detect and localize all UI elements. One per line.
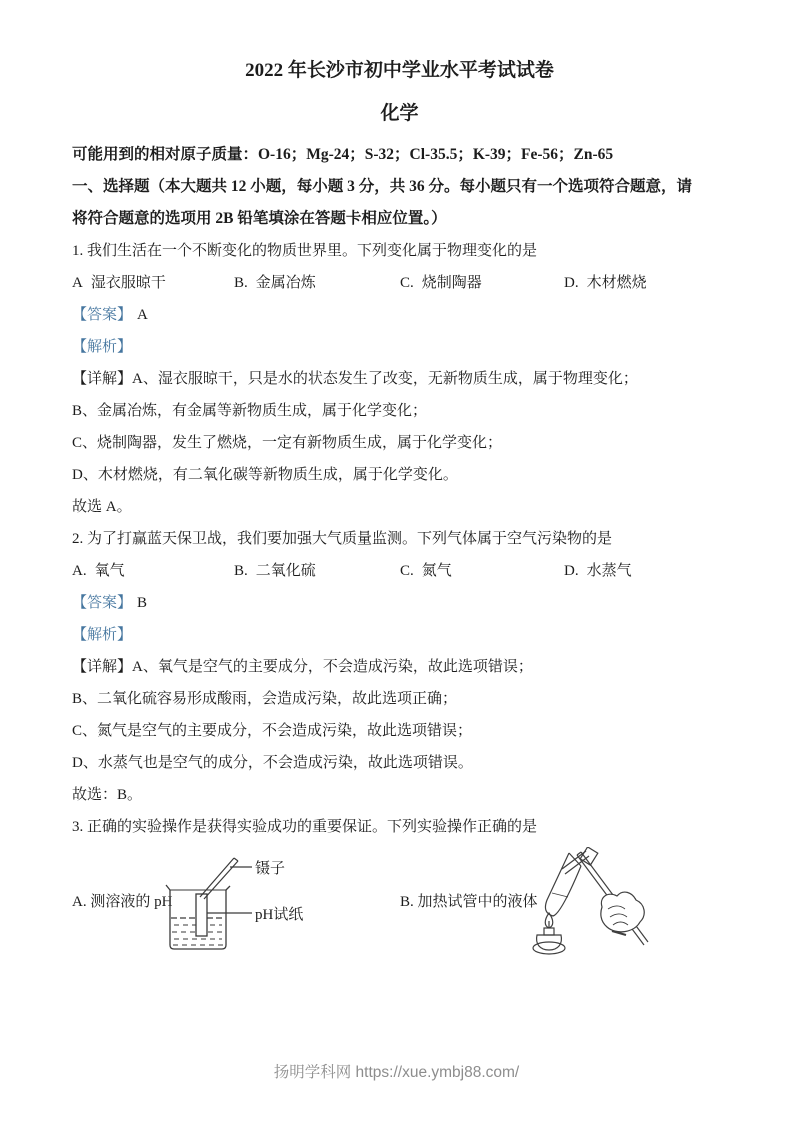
q2-detail-line-1: B、二氧化硫容易形成酸雨，会造成污染，故此选项正确； <box>72 683 727 715</box>
q2-option-a: A.氧气 <box>72 555 125 587</box>
exam-paper-page: 2022 年长沙市初中学业水平考试试卷 化学 可能用到的相对原子质量：O-16；… <box>0 0 793 1122</box>
q2-option-d: D.水蒸气 <box>564 555 632 587</box>
q1-answer-line: 【答案】A <box>72 299 727 331</box>
q3-option-b-label: B. 加热试管中的液体 <box>400 891 538 913</box>
q2-option-c: C.氮气 <box>400 555 452 587</box>
tweezers-callout: 镊子 <box>255 859 285 877</box>
analysis-tag: 【解析】 <box>72 339 132 355</box>
paper-title: 2022 年长沙市初中学业水平考试试卷 <box>72 58 727 84</box>
question-1-stem: 1. 我们生活在一个不断变化的物质世界里。下列变化属于物理变化的是 <box>72 235 727 267</box>
question-3-figures: A. 测溶液的 pH <box>72 847 727 969</box>
q2-detail-line-3: D、水蒸气也是空气的成分，不会造成污染，故此选项错误。 <box>72 747 727 779</box>
heating-test-tube-figure <box>528 847 708 965</box>
section-header-line2: 将符合题意的选项用 2B 铅笔填涂在答题卡相应位置。） <box>72 203 727 235</box>
q2-detail-line-0: 【详解】A、氧气是空气的主要成分，不会造成污染，故此选项错误； <box>72 651 727 683</box>
q1-conclusion: 故选 A。 <box>72 491 727 523</box>
q2-analysis-line: 【解析】 <box>72 619 727 651</box>
q2-answer-value: B <box>137 595 147 611</box>
q1-detail-line-1: B、金属冶炼，有金属等新物质生成，属于化学变化； <box>72 395 727 427</box>
q2-option-b: B.二氧化硫 <box>234 555 316 587</box>
q1-option-d: D.木材燃烧 <box>564 267 647 299</box>
section-header-line1: 一、选择题（本大题共 12 小题，每小题 3 分，共 36 分。每小题只有一个选… <box>72 171 727 203</box>
ph-measurement-figure: 镊子 pH试纸 <box>160 849 380 961</box>
q1-detail-line-0: 【详解】A、湿衣服晾干，只是水的状态发生了改变，无新物质生成，属于物理变化； <box>72 363 727 395</box>
ph-paper-callout: pH试纸 <box>255 906 303 923</box>
question-2-stem: 2. 为了打赢蓝天保卫战，我们要加强大气质量监测。下列气体属于空气污染物的是 <box>72 523 727 555</box>
question-2-options: A.氧气 B.二氧化硫 C.氮气 D.水蒸气 <box>72 555 727 587</box>
q2-answer-line: 【答案】B <box>72 587 727 619</box>
q1-answer-value: A <box>137 307 148 323</box>
q1-detail-line-3: D、木材燃烧，有二氧化碳等新物质生成，属于化学变化。 <box>72 459 727 491</box>
site-watermark: 扬明学科网 https://xue.ymbj88.com/ <box>0 1063 793 1083</box>
q1-option-a: A湿衣服晾干 <box>72 267 166 299</box>
q2-conclusion: 故选：B。 <box>72 779 727 811</box>
question-3-stem: 3. 正确的实验操作是获得实验成功的重要保证。下列实验操作正确的是 <box>72 811 727 843</box>
question-1-options: A湿衣服晾干 B.金属冶炼 C.烧制陶器 D.木材燃烧 <box>72 267 727 299</box>
answer-tag: 【答案】 <box>72 307 132 323</box>
paper-subject: 化学 <box>72 101 727 127</box>
q1-option-b: B.金属冶炼 <box>234 267 316 299</box>
answer-tag: 【答案】 <box>72 595 132 611</box>
q1-analysis-line: 【解析】 <box>72 331 727 363</box>
q1-option-c: C.烧制陶器 <box>400 267 482 299</box>
q2-detail-line-2: C、氮气是空气的主要成分，不会造成污染，故此选项错误； <box>72 715 727 747</box>
q3-option-a-label: A. 测溶液的 pH <box>72 891 172 913</box>
q1-detail-line-2: C、烧制陶器，发生了燃烧，一定有新物质生成，属于化学变化； <box>72 427 727 459</box>
atomic-masses-note: 可能用到的相对原子质量：O-16；Mg-24；S-32；Cl-35.5；K-39… <box>72 139 727 171</box>
analysis-tag: 【解析】 <box>72 627 132 643</box>
